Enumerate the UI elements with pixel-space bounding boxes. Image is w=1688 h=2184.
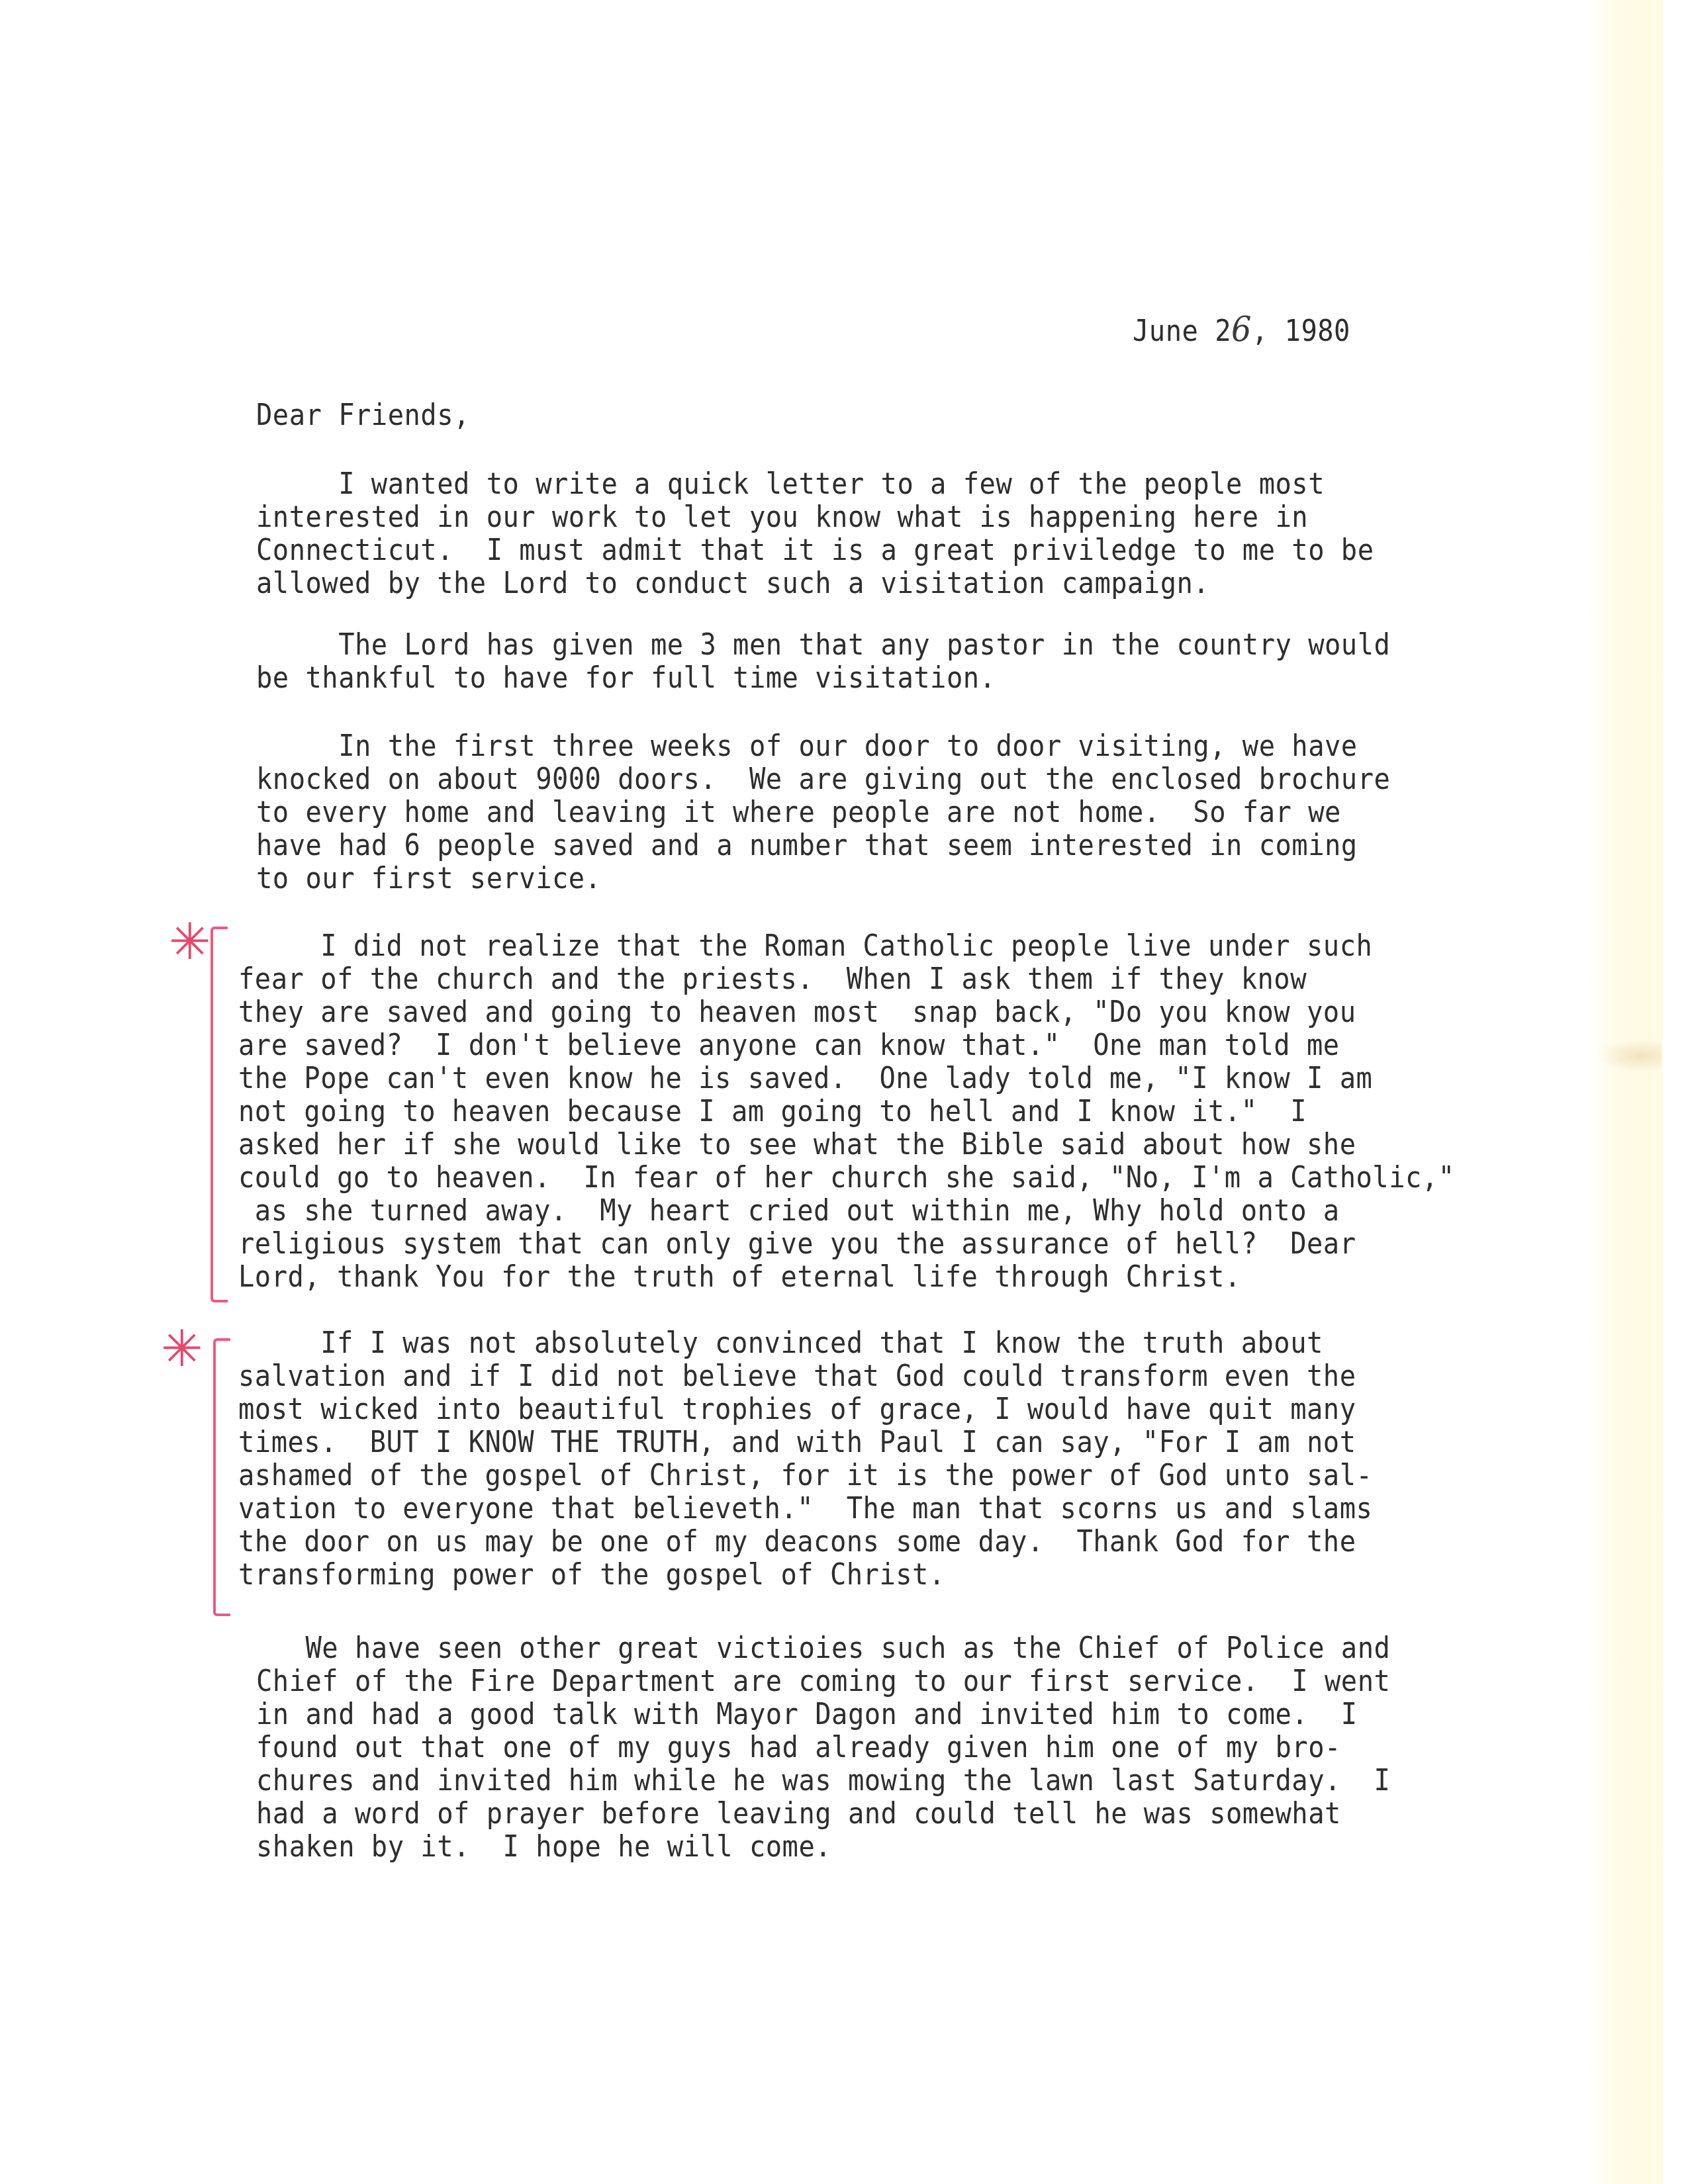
paragraph-line: religious system that can only give you … — [238, 1228, 1356, 1261]
date-day-typed: 2 — [1215, 314, 1231, 348]
paragraph-line: as she turned away. My heart cried out w… — [238, 1195, 1340, 1228]
paragraph-line: vation to everyone that believeth." The … — [238, 1492, 1372, 1525]
salutation: Dear Friends, — [256, 399, 470, 432]
red-bracket-annotation — [211, 927, 228, 1302]
red-bracket-annotation — [213, 1338, 230, 1616]
red-asterisk-icon: ✳ — [161, 1324, 203, 1374]
paragraph-line: are saved? I don't believe anyone can kn… — [238, 1029, 1340, 1062]
paragraph-line: We have seen other great victioies such … — [256, 1632, 1390, 1665]
paragraph-line: asked her if she would like to see what … — [238, 1128, 1356, 1161]
paragraph-line: chures and invited him while he was mowi… — [256, 1764, 1390, 1797]
paragraph-line: fear of the church and the priests. When… — [238, 963, 1307, 996]
paragraph-line: be thankful to have for full time visita… — [256, 662, 996, 695]
paragraph-line: they are saved and going to heaven most … — [238, 996, 1356, 1029]
paragraph-line: most wicked into beautiful trophies of g… — [238, 1393, 1356, 1426]
paragraph-line: not going to heaven because I am going t… — [238, 1095, 1307, 1128]
paragraph-line: in and had a good talk with Mayor Dagon … — [256, 1698, 1358, 1731]
paragraph-line: could go to heaven. In fear of her churc… — [238, 1161, 1454, 1195]
paragraph-line: Connecticut. I must admit that it is a g… — [256, 534, 1374, 567]
paragraph-line: knocked on about 9000 doors. We are givi… — [256, 763, 1390, 796]
paragraph-line: Lord, thank You for the truth of eternal… — [238, 1261, 1241, 1294]
paragraph-line: ashamed of the gospel of Christ, for it … — [238, 1459, 1372, 1492]
date-separator: , — [1252, 314, 1268, 348]
letter-date: June 26, 1980 — [1133, 313, 1350, 348]
paragraph-line: I did not realize that the Roman Catholi… — [238, 930, 1372, 963]
paragraph-line: the door on us may be one of my deacons … — [238, 1525, 1356, 1559]
paragraph-line: interested in our work to let you know w… — [256, 501, 1308, 534]
paragraph-line: have had 6 people saved and a number tha… — [256, 829, 1358, 862]
date-day-handwritten: 6 — [1231, 310, 1252, 349]
paragraph-line: allowed by the Lord to conduct such a vi… — [256, 567, 1209, 600]
paragraph-line: If I was not absolutely convinced that I… — [238, 1327, 1323, 1360]
paragraph-line: I wanted to write a quick letter to a fe… — [256, 468, 1325, 501]
paragraph-line: Chief of the Fire Department are coming … — [256, 1665, 1390, 1698]
paragraph-line: to our first service. — [256, 862, 601, 895]
paragraph-line: the Pope can't even know he is saved. On… — [238, 1062, 1372, 1095]
paragraph-line: times. BUT I KNOW THE TRUTH, and with Pa… — [238, 1426, 1356, 1459]
paragraph-line: In the first three weeks of our door to … — [256, 730, 1358, 763]
paragraph-line: to every home and leaving it where peopl… — [256, 796, 1341, 829]
red-asterisk-icon: ✳ — [169, 917, 211, 967]
paragraph-line: salvation and if I did not believe that … — [238, 1360, 1356, 1393]
paragraph-line: transforming power of the gospel of Chri… — [238, 1559, 945, 1592]
paragraph-line: found out that one of my guys had alread… — [256, 1731, 1341, 1764]
date-year: 1980 — [1285, 314, 1350, 348]
paragraph-line: had a word of prayer before leaving and … — [256, 1797, 1341, 1831]
letter-page: June 26, 1980 Dear Friends, I wanted to … — [0, 0, 1688, 2184]
date-month: June — [1133, 314, 1198, 348]
paragraph-line: shaken by it. I hope he will come. — [256, 1831, 831, 1864]
paragraph-line: The Lord has given me 3 men that any pas… — [256, 629, 1390, 662]
